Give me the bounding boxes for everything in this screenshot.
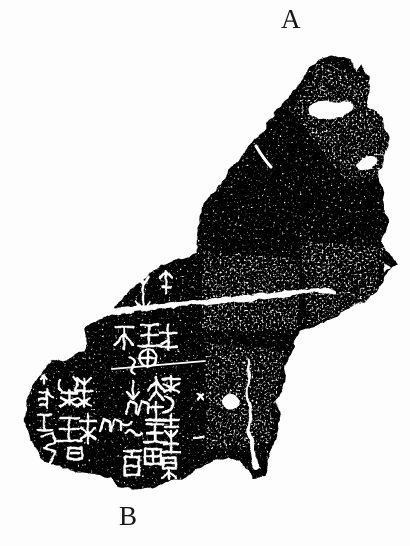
hole-upper-2 [337,101,353,113]
oracle-glyph-dash [194,437,204,438]
edge-bite [367,96,377,110]
panel-label-b: B [119,503,137,530]
oracle-bone-rubbing-figure [0,0,410,546]
oracle-glyph-circled-cross [140,350,157,367]
hole-lower [222,395,240,409]
